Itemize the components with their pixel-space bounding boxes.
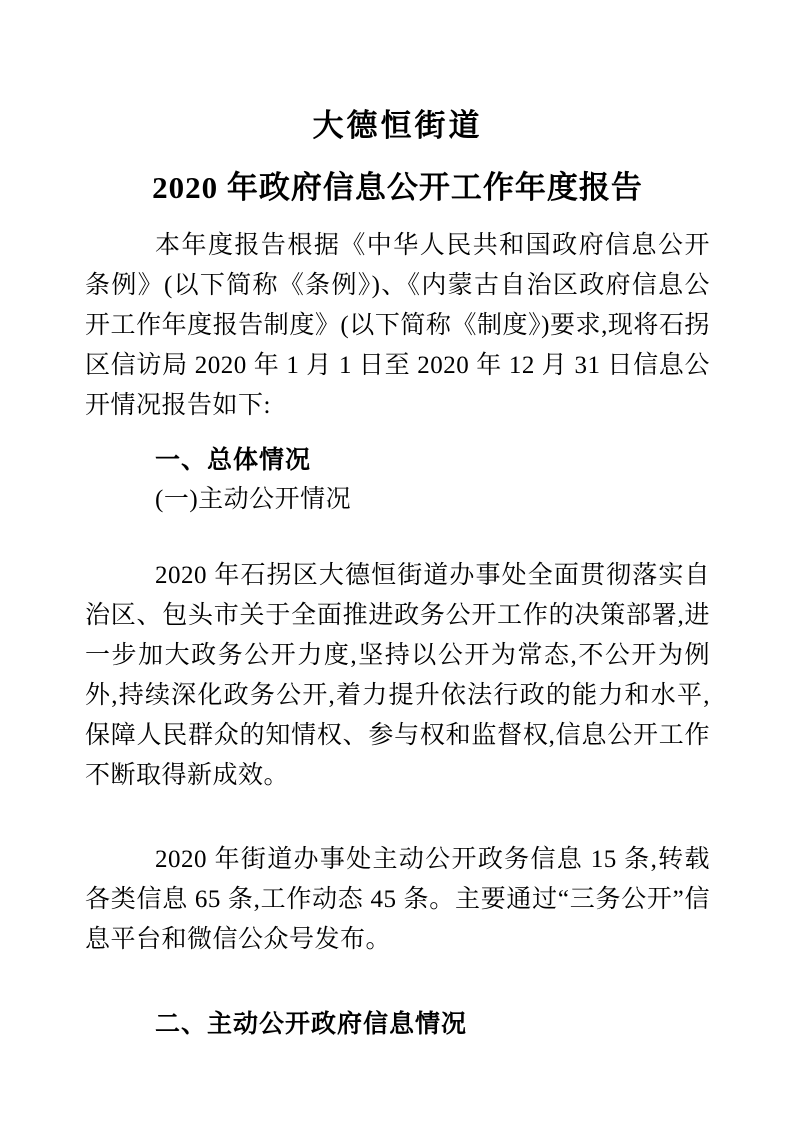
- section-1-stats-paragraph: 2020 年街道办事处主动公开政务信息 15 条,转载各类信息 65 条,工作动…: [85, 840, 710, 960]
- section-1-overview-paragraph: 2020 年石拐区大德恒街道办事处全面贯彻落实自治区、包头市关于全面推进政务公开…: [85, 556, 710, 796]
- section-1-subheading: (一)主动公开情况: [85, 480, 710, 520]
- document-title: 大德恒街道: [85, 104, 710, 148]
- intro-paragraph: 本年度报告根据《中华人民共和国政府信息公开条例》(以下简称《条例》)、《内蒙古自…: [85, 226, 710, 426]
- document-page: 大德恒街道 2020 年政府信息公开工作年度报告 本年度报告根据《中华人民共和国…: [0, 0, 793, 1122]
- section-2-heading: 二、主动公开政府信息情况: [85, 1004, 710, 1044]
- section-1-heading: 一、总体情况: [85, 440, 710, 480]
- document-subtitle: 2020 年政府信息公开工作年度报告: [85, 166, 710, 210]
